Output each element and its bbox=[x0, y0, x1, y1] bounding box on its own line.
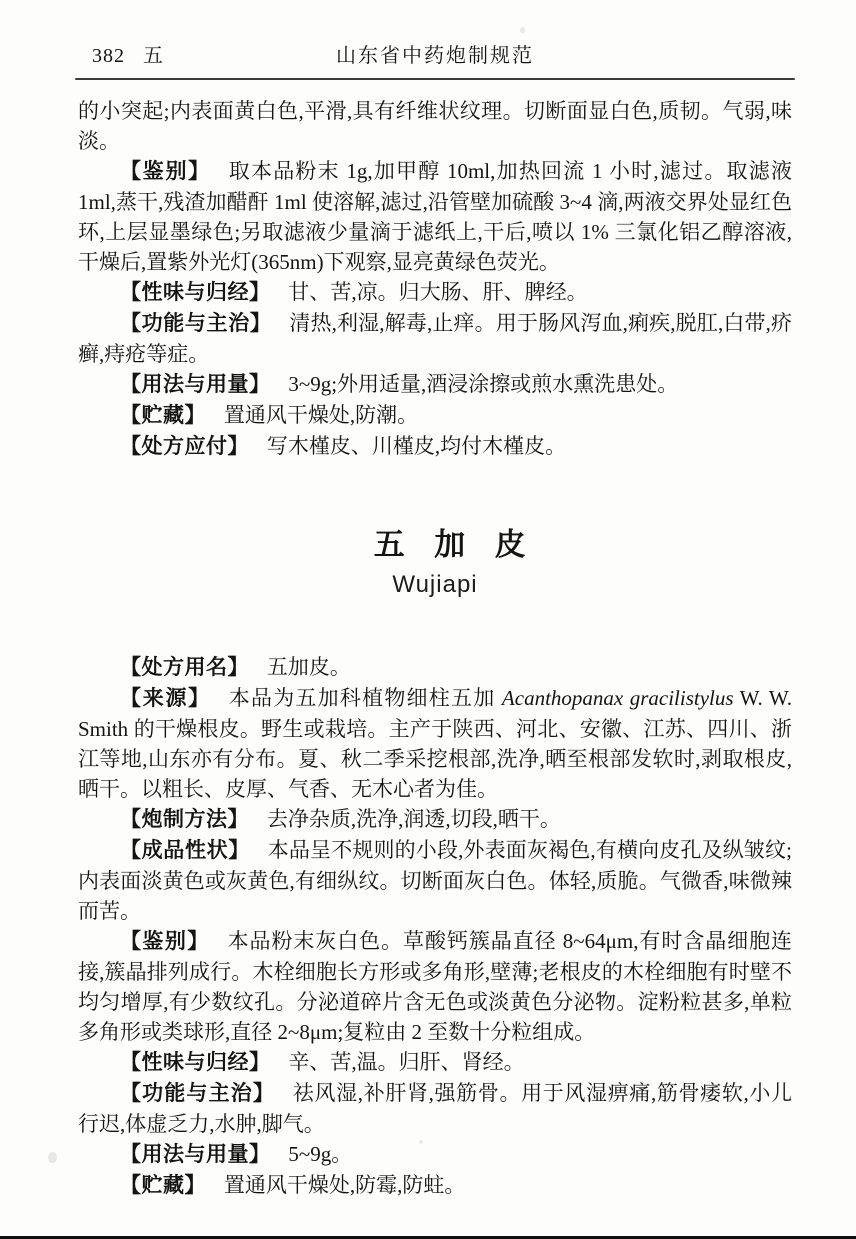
text-column: 的小突起;内表面黄白色,平滑,具有纤维状纹理。切断面显白色,质韧。气弱,味淡。 … bbox=[78, 96, 792, 1201]
entry-text: 置通风干燥处,防霉,防蛀。 bbox=[224, 1173, 466, 1197]
entry-text: 写木槿皮、川槿皮,均付木槿皮。 bbox=[267, 434, 566, 458]
latin-binomial: Acanthopanax gracilistylus bbox=[502, 686, 734, 710]
entry-paragraph-gongneng-2: 【功能与主治】祛风湿,补肝肾,强筋骨。用于风湿痹痛,筋骨痿软,小儿行迟,体虚乏力… bbox=[78, 1078, 792, 1139]
header-rule bbox=[75, 78, 795, 80]
entry-paragraph-zhucang-2: 【贮藏】置通风干燥处,防霉,防蛀。 bbox=[78, 1170, 792, 1201]
entry-label: 【功能与主治】 bbox=[120, 1082, 275, 1105]
entry-text: 3~9g;外用适量,酒浸涂擦或煎水熏洗患处。 bbox=[288, 372, 678, 396]
entry-text: 辛、苦,温。归肝、肾经。 bbox=[288, 1050, 524, 1074]
entry-label: 【处方用名】 bbox=[120, 656, 249, 679]
entry-label: 【功能与主治】 bbox=[120, 312, 271, 335]
entry-paragraph-jianbie-2: 【鉴别】本品粉末灰白色。草酸钙簇晶直径 8~64μm,有时含晶细胞连接,簇晶排列… bbox=[78, 926, 792, 1047]
entry-paragraph-xingwei: 【性味与归经】甘、苦,凉。归大肠、肝、脾经。 bbox=[78, 277, 792, 308]
entry-label: 【用法与用量】 bbox=[120, 373, 271, 396]
entry-paragraph-yongfa: 【用法与用量】3~9g;外用适量,酒浸涂擦或煎水熏洗患处。 bbox=[78, 369, 792, 400]
monograph-title: 五加皮 bbox=[78, 526, 821, 564]
scan-speck bbox=[520, 27, 525, 33]
entry-label: 【鉴别】 bbox=[120, 160, 211, 183]
entry-text: 5~9g。 bbox=[288, 1142, 352, 1166]
entry-paragraph-chufangyingfu: 【处方应付】写木槿皮、川槿皮,均付木槿皮。 bbox=[78, 431, 792, 462]
entry-paragraph-xingwei-2: 【性味与归经】辛、苦,温。归肝、肾经。 bbox=[78, 1047, 792, 1078]
entry-paragraph-paozhifangfa: 【炮制方法】去净杂质,洗净,润透,切段,晒干。 bbox=[78, 804, 792, 835]
continuation-paragraph: 的小突起;内表面黄白色,平滑,具有纤维状纹理。切断面显白色,质韧。气弱,味淡。 bbox=[78, 96, 792, 156]
page-header: 382五 山东省中药炮制规范 bbox=[78, 42, 792, 70]
entry-label: 【炮制方法】 bbox=[120, 808, 249, 831]
entry-text: 的干燥根皮。野生或栽培。主产于陕西、河北、安徽、江苏、四川、浙江等地,山东亦有分… bbox=[78, 717, 792, 801]
entry-label: 【处方应付】 bbox=[120, 435, 249, 458]
entry-label: 【成品性状】 bbox=[120, 839, 250, 862]
entry-paragraph-chufangyongming: 【处方用名】五加皮。 bbox=[78, 652, 792, 683]
scan-speck bbox=[48, 1152, 57, 1163]
entry-paragraph-yongfa-2: 【用法与用量】5~9g。 bbox=[78, 1139, 792, 1170]
scan-speck bbox=[419, 1140, 423, 1144]
entry-label: 【用法与用量】 bbox=[120, 1143, 271, 1166]
entry-text: 去净杂质,洗净,润透,切段,晒干。 bbox=[267, 807, 561, 831]
entry-text: 本品为五加科植物细柱五加 bbox=[229, 686, 502, 710]
book-title: 山东省中药炮制规范 bbox=[78, 42, 792, 70]
monograph-pinyin: Wujiapi bbox=[78, 570, 792, 600]
entry-paragraph-jianbie: 【鉴别】取本品粉末 1g,加甲醇 10ml,加热回流 1 小时,滤过。取滤液 1… bbox=[78, 156, 792, 277]
entry-paragraph-laiyuan: 【来源】本品为五加科植物细柱五加 Acanthopanax gracilisty… bbox=[78, 683, 792, 804]
entry-text: 五加皮。 bbox=[267, 655, 351, 679]
entry-paragraph-zhucang: 【贮藏】置通风干燥处,防潮。 bbox=[78, 400, 792, 431]
monograph-heading: 五加皮 Wujiapi bbox=[78, 526, 792, 600]
entry-paragraph-gongneng: 【功能与主治】清热,利湿,解毒,止痒。用于肠风泻血,痢疾,脱肛,白带,疥癣,痔疮… bbox=[78, 308, 792, 369]
entry-label: 【鉴别】 bbox=[120, 930, 210, 953]
entry-label: 【性味与归经】 bbox=[120, 1051, 271, 1074]
entry-label: 【贮藏】 bbox=[120, 404, 206, 427]
entry-label: 【性味与归经】 bbox=[120, 281, 271, 304]
entry-label: 【来源】 bbox=[120, 687, 211, 710]
entry-paragraph-chengpinxingzhuang: 【成品性状】本品呈不规则的小段,外表面灰褐色,有横向皮孔及纵皱纹;内表面淡黄色或… bbox=[78, 835, 792, 926]
entry-label: 【贮藏】 bbox=[120, 1174, 206, 1197]
entry-text: 置通风干燥处,防潮。 bbox=[224, 403, 418, 427]
scanned-book-page: 382五 山东省中药炮制规范 的小突起;内表面黄白色,平滑,具有纤维状纹理。切断… bbox=[0, 0, 856, 1239]
entry-text: 甘、苦,凉。归大肠、肝、脾经。 bbox=[288, 280, 587, 304]
